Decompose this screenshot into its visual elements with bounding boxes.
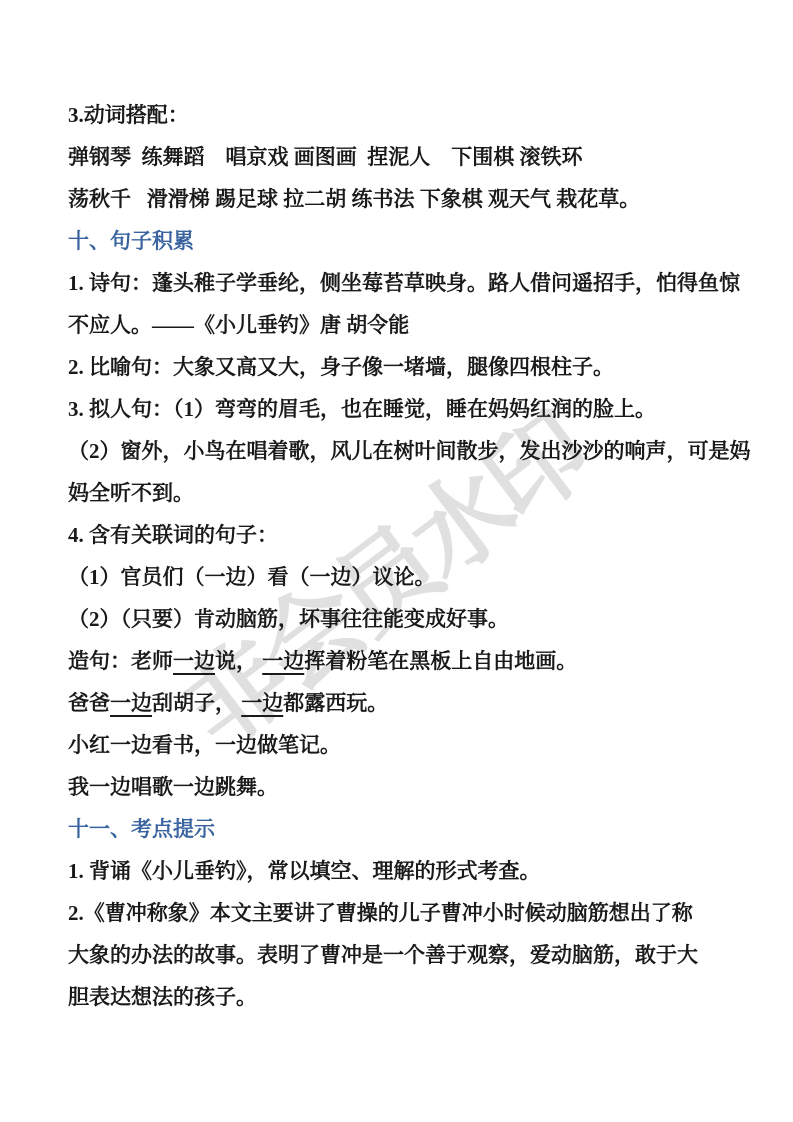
- text-line: 3.动词搭配：: [68, 94, 733, 136]
- underlined-text: 一边: [262, 649, 304, 673]
- text-segment: 说，: [215, 649, 262, 673]
- text-line: 爸爸一边刮胡子， 一边都露西玩。: [68, 682, 733, 724]
- text-segment: 2. 比喻句：大象又高又大，身子像一堵墙，腿像四根柱子。: [68, 355, 614, 379]
- text-segment: 3.动词搭配：: [68, 103, 189, 127]
- text-segment: （2）窗外，小鸟在唱着歌，风儿在树叶间散步，发出沙沙的响声，可是妈: [68, 439, 751, 463]
- text-line: （2）窗外，小鸟在唱着歌，风儿在树叶间散步，发出沙沙的响声，可是妈: [68, 430, 733, 472]
- text-segment: 大象的办法的故事。表明了曹冲是一个善于观察，爱动脑筋，敢于大: [68, 943, 698, 967]
- underlined-text: 一边: [173, 649, 215, 673]
- text-line: 4. 含有关联词的句子：: [68, 514, 733, 556]
- text-segment: 3. 拟人句：（1）弯弯的眉毛，也在睡觉，睡在妈妈红润的脸上。: [68, 397, 656, 421]
- text-line: 大象的办法的故事。表明了曹冲是一个善于观察，爱动脑筋，敢于大: [68, 934, 733, 976]
- text-segment: 2.《曹冲称象》本文主要讲了曹操的儿子曹冲小时候动脑筋想出了称: [68, 901, 693, 925]
- text-segment: 不应人。——《小儿垂钓》唐 胡令能: [68, 313, 409, 337]
- text-segment: 荡秋千 滑滑梯 踢足球 拉二胡 练书法 下象棋 观天气 栽花草。: [68, 187, 640, 211]
- text-segment: 十一、考点提示: [68, 817, 215, 841]
- text-line: 1. 诗句：蓬头稚子学垂纶，侧坐莓苔草映身。路人借问遥招手，怕得鱼惊: [68, 262, 733, 304]
- text-line: 2. 比喻句：大象又高又大，身子像一堵墙，腿像四根柱子。: [68, 346, 733, 388]
- text-line: （1）官员们（一边）看（一边）议论。: [68, 556, 733, 598]
- text-segment: 胆表达想法的孩子。: [68, 985, 257, 1009]
- underlined-text: 一边: [241, 691, 283, 715]
- text-line: 我一边唱歌一边跳舞。: [68, 766, 733, 808]
- section-heading: 十、句子积累: [68, 220, 733, 262]
- text-line: 胆表达想法的孩子。: [68, 976, 733, 1018]
- text-segment: 小红一边看书，一边做笔记。: [68, 733, 341, 757]
- text-segment: 爸爸: [68, 691, 110, 715]
- text-segment: （2）（只要）肯动脑筋，坏事往往能变成好事。: [68, 607, 509, 631]
- text-segment: 我一边唱歌一边跳舞。: [68, 775, 278, 799]
- text-segment: 刮胡子，: [152, 691, 241, 715]
- text-line: 荡秋千 滑滑梯 踢足球 拉二胡 练书法 下象棋 观天气 栽花草。: [68, 178, 733, 220]
- text-line: 弹钢琴 练舞蹈 唱京戏 画图画 捏泥人 下围棋 滚铁环: [68, 136, 733, 178]
- text-segment: 4. 含有关联词的句子：: [68, 523, 278, 547]
- text-line: 不应人。——《小儿垂钓》唐 胡令能: [68, 304, 733, 346]
- text-segment: 1. 诗句：蓬头稚子学垂纶，侧坐莓苔草映身。路人借问遥招手，怕得鱼惊: [68, 271, 740, 295]
- text-line: 2.《曹冲称象》本文主要讲了曹操的儿子曹冲小时候动脑筋想出了称: [68, 892, 733, 934]
- text-line: 小红一边看书，一边做笔记。: [68, 724, 733, 766]
- document-body: 3.动词搭配：弹钢琴 练舞蹈 唱京戏 画图画 捏泥人 下围棋 滚铁环荡秋千 滑滑…: [68, 94, 733, 1018]
- text-segment: 弹钢琴 练舞蹈 唱京戏 画图画 捏泥人 下围棋 滚铁环: [68, 145, 583, 169]
- text-segment: 挥着粉笔在黑板上自由地画。: [304, 649, 577, 673]
- text-segment: 1. 背诵《小儿垂钓》，常以填空、理解的形式考查。: [68, 859, 541, 883]
- text-segment: 造句：老师: [68, 649, 173, 673]
- section-heading: 十一、考点提示: [68, 808, 733, 850]
- text-segment: 十、句子积累: [68, 229, 194, 253]
- text-line: （2）（只要）肯动脑筋，坏事往往能变成好事。: [68, 598, 733, 640]
- text-segment: 妈全听不到。: [68, 481, 194, 505]
- text-line: 1. 背诵《小儿垂钓》，常以填空、理解的形式考查。: [68, 850, 733, 892]
- text-line: 造句：老师一边说， 一边挥着粉笔在黑板上自由地画。: [68, 640, 733, 682]
- text-segment: 都露西玩。: [283, 691, 388, 715]
- document-page: 非会员水印 3.动词搭配：弹钢琴 练舞蹈 唱京戏 画图画 捏泥人 下围棋 滚铁环…: [0, 0, 793, 1122]
- text-line: 3. 拟人句：（1）弯弯的眉毛，也在睡觉，睡在妈妈红润的脸上。: [68, 388, 733, 430]
- text-line: 妈全听不到。: [68, 472, 733, 514]
- underlined-text: 一边: [110, 691, 152, 715]
- text-segment: （1）官员们（一边）看（一边）议论。: [68, 565, 436, 589]
